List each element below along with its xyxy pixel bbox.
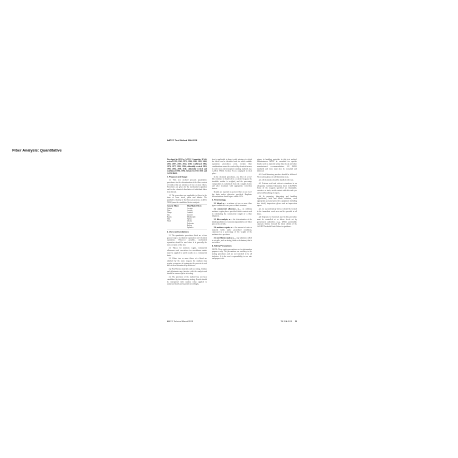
paragraph: 4.2 All chemicals should be handled with… [257, 179, 297, 181]
paragraph: niques in handling materials in this tes… [257, 158, 297, 172]
paragraph: 2.1 The quantitative procedures listed a… [167, 234, 207, 246]
paragraph: 4.5 An eyewash/safety shower should be l… [257, 208, 297, 215]
paragraph: 2.3 Where two or more fibers of a blend … [167, 257, 207, 266]
table-row: Spandex [167, 227, 207, 229]
term-definition: 3.1 blend, n.— a mixture of two or more … [212, 202, 252, 207]
title-row: Fiber Analysis: Quantitative [167, 148, 297, 154]
page-number: 59 [295, 320, 297, 322]
column-middle: tion is applicable to those textile mixt… [212, 158, 252, 319]
paragraph: In the chemical procedures, one fiber of… [212, 175, 252, 189]
test-method-number: AATCC Test Method 20A-2018 [167, 139, 227, 142]
paragraph: 1.1 This test method presents quantitati… [167, 179, 207, 193]
running-header: AATCC Test Method 20A-2018 [167, 139, 227, 143]
page-footer: AATCC Technical Manual/2018 TM 20A-2018 … [167, 320, 297, 324]
paragraph: tion is applicable to those textile mixt… [212, 158, 252, 174]
term-definition: 3.4 moisture regain, n.— the amount of w… [212, 226, 252, 235]
page-title: Fiber Analysis: Quantitative [0, 148, 102, 152]
development-history: Developed in 1952 by AATCC Committee RA2… [167, 158, 207, 174]
footer-right-group: TM 20A-2018 59 [281, 320, 297, 322]
term-definition: 3.3 fiber analysis, n.— the determinatio… [212, 218, 252, 225]
document-page: AATCC Test Method 20A-2018 Fiber Analysi… [167, 139, 297, 335]
column-right: niques in handling materials in this tes… [257, 158, 297, 319]
copyright-row: Copyright © 2018 American Association of… [167, 327, 297, 330]
section-heading-terminology: 3. Terminology [212, 199, 252, 201]
paragraph: 1.2 The procedures are applicable to fib… [167, 194, 207, 203]
footer-method-label: TM 20A-2018 [281, 320, 292, 322]
section-heading-safety-precautions: 4. Safety Precautions [212, 245, 252, 247]
paragraph: 4.6 Exposure to chemicals used in this p… [257, 216, 297, 228]
table-cell [167, 227, 187, 229]
paragraph: 4.4 In preparing, dispensing and handlin… [257, 195, 297, 207]
definition: the amount of water a material holds und… [212, 226, 252, 235]
definition: an arbitrary moisture regain plus a spec… [212, 208, 252, 217]
paragraph: 2.4 Non-fibrous materials such as sizing… [167, 268, 207, 275]
table-cell: Spandex [187, 227, 207, 229]
section-heading-uses-limitations: 2. Uses and Limitations [167, 231, 207, 233]
section-heading-purpose-scope: 1. Purpose and Scope [167, 175, 207, 177]
paragraph: 2.2 Values for moisture regain, commerci… [167, 247, 207, 256]
paragraph: Results are reported as percent fiber on… [212, 191, 252, 198]
column-left: Developed in 1952 by AATCC Committee RA2… [167, 158, 207, 319]
paragraph: 4.3 Perform acid and solvent extractions… [257, 182, 297, 194]
paragraph: 4.1 Good laboratory practices should be … [257, 173, 297, 178]
safety-note: NOTE: These safety precautions are for i… [212, 248, 252, 260]
paragraph: 2.5 The precision of the method has not … [167, 276, 207, 285]
fiber-table: Generic Fibers Man-Made Fibers Cotton Ac… [167, 204, 207, 229]
footer-manual-label: AATCC Technical Manual/2018 [167, 320, 193, 322]
term-definition: 3.5 non-fibrous matter, n.— any substanc… [212, 237, 252, 244]
term-definition: 3.2 commercial allowance, n.— an arbitra… [212, 208, 252, 217]
